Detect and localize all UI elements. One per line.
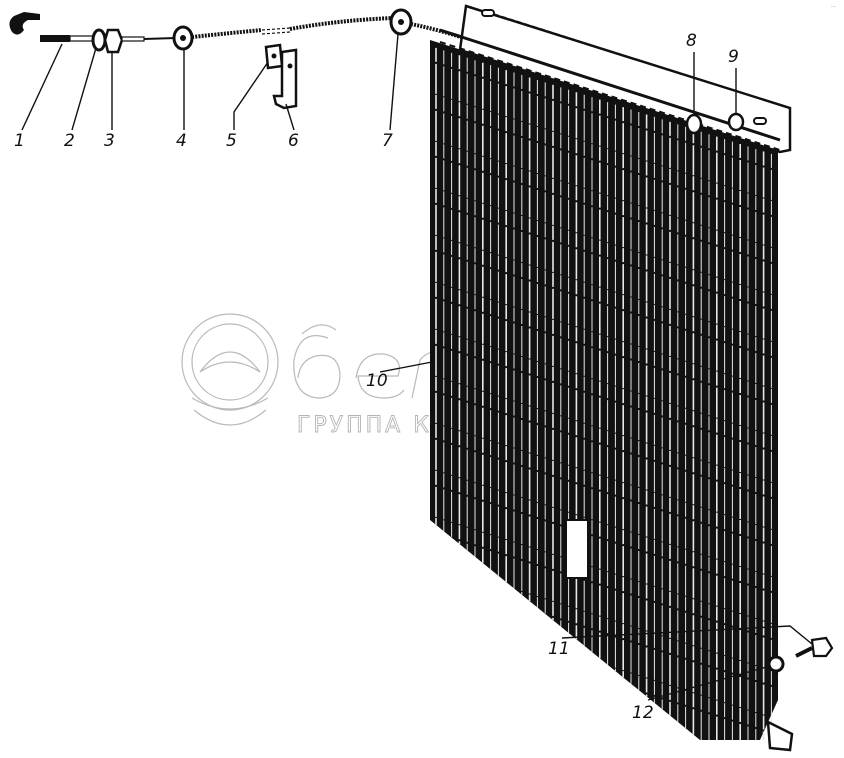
leader-line [234,62,268,130]
callout-label: 6 [288,131,299,151]
clamp-bracket [266,45,296,108]
callout-label: 5 [226,131,237,151]
callout-6: 6 [286,104,299,151]
callout-3: 3 [104,52,115,151]
callout-2: 2 [64,48,96,151]
control-cable [9,10,470,52]
callout-5: 5 [226,62,268,151]
callout-label: 10 [366,371,388,391]
leader-line [22,44,62,130]
parts-diagram: ГРУППА КОМ [0,0,844,758]
leader-line [390,34,398,130]
callout-label: 2 [64,131,75,151]
leader-line [72,48,96,130]
corner-mark: ·‑‑ [831,4,836,10]
watermark-logo-icon [182,314,278,425]
callout-7: 7 [382,34,398,151]
callout-label: 8 [686,31,697,51]
callout-4: 4 [176,50,187,151]
callout-label: 12 [632,703,654,723]
bolt-and-nut [769,638,832,671]
callout-label: 9 [728,47,739,67]
callout-1: 1 [14,44,62,151]
callout-label: 11 [548,639,570,659]
callout-label: 1 [14,131,25,151]
callout-label: 4 [176,131,187,151]
leader-line [380,362,432,372]
callout-label: 7 [382,131,393,151]
shutter-assembly [430,6,792,750]
callout-label: 3 [104,131,115,151]
